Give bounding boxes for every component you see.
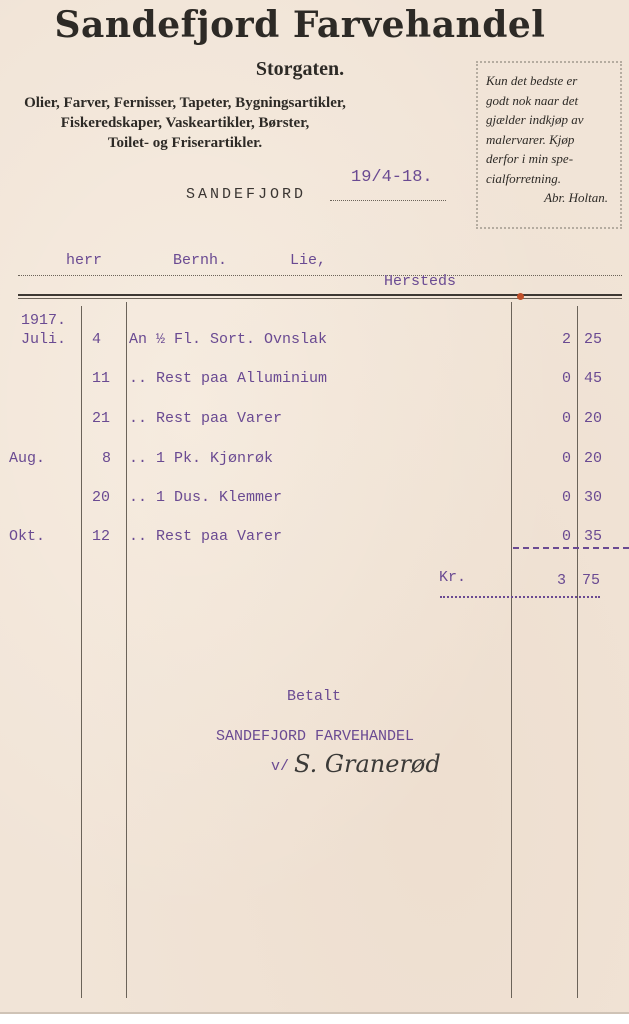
row-day: 4 <box>92 331 101 348</box>
signature-prefix: v/ <box>271 758 289 775</box>
row-month: Aug. <box>9 450 45 467</box>
row-description: .. Rest paa Alluminium <box>129 370 327 387</box>
column-divider-day <box>126 302 127 998</box>
column-divider-ore <box>577 306 578 998</box>
row-ore: 25 <box>584 331 602 348</box>
row-kroner: 2 <box>562 331 571 348</box>
row-day: 12 <box>92 528 110 545</box>
row-ore: 20 <box>584 410 602 427</box>
row-kroner: 0 <box>562 370 571 387</box>
invoice-date: 19/4-18. <box>351 168 433 187</box>
goods-line: Olier, Farver, Fernisser, Tapeter, Bygni… <box>0 94 370 113</box>
row-kroner: 0 <box>562 450 571 467</box>
row-description: .. Rest paa Varer <box>129 528 282 545</box>
row-day: 11 <box>92 370 110 387</box>
row-month: Okt. <box>9 528 45 545</box>
row-description: .. 1 Dus. Klemmer <box>129 489 282 506</box>
total-dotted-line <box>440 596 600 598</box>
ledger-year: 1917. <box>21 312 66 329</box>
row-kroner: 0 <box>562 528 571 545</box>
date-dotted-line <box>330 200 446 201</box>
row-ore: 35 <box>584 528 602 545</box>
handwritten-signature: S. Granerød <box>294 750 441 778</box>
total-ore: 75 <box>582 572 600 589</box>
rust-stain <box>517 293 524 300</box>
advertisement-box: Kun det bedste er godt nok naar det gjæl… <box>476 61 622 229</box>
subtotal-rule <box>513 547 629 549</box>
row-day: 8 <box>102 450 111 467</box>
column-divider-month <box>81 306 82 998</box>
recipient-dotted-line <box>18 275 622 276</box>
table-top-rule <box>18 294 622 296</box>
row-description: .. Rest paa Varer <box>129 410 282 427</box>
row-day: 21 <box>92 410 110 427</box>
goods-line: Toilet- og Friserartikler. <box>0 134 370 153</box>
recipient-salutation: herr <box>66 252 102 269</box>
recipient-first-name: Bernh. <box>173 252 227 269</box>
row-kroner: 0 <box>562 489 571 506</box>
company-name: Sandefjord Farvehandel <box>0 4 600 46</box>
total-label: Kr. <box>439 569 466 586</box>
company-stamp: SANDEFJORD FARVEHANDEL <box>216 728 414 745</box>
row-month: Juli. <box>21 331 66 348</box>
row-ore: 20 <box>584 450 602 467</box>
column-divider-kroner <box>511 302 512 998</box>
ad-line: cialforretning. <box>486 169 614 189</box>
row-ore: 30 <box>584 489 602 506</box>
paper-bottom-edge <box>0 1012 629 1014</box>
place-label: SANDEFJORD <box>186 186 306 203</box>
row-day: 20 <box>92 489 110 506</box>
row-kroner: 0 <box>562 410 571 427</box>
row-description: .. 1 Pk. Kjønrøk <box>129 450 273 467</box>
total-kroner: 3 <box>557 572 566 589</box>
paid-label: Betalt <box>287 688 341 705</box>
recipient-last-name: Lie, <box>290 252 326 269</box>
ad-line: Kun det bedste er <box>486 71 614 91</box>
invoice-paper: Sandefjord Farvehandel Storgaten. Olier,… <box>0 0 629 1014</box>
recipient-location: Hersteds <box>384 273 456 290</box>
ad-signature: Abr. Holtan. <box>486 188 614 208</box>
ad-line: malervarer. Kjøp <box>486 130 614 150</box>
ad-line: gjælder indkjøp av <box>486 110 614 130</box>
row-description: An ½ Fl. Sort. Ovnslak <box>129 331 327 348</box>
row-ore: 45 <box>584 370 602 387</box>
ad-line: godt nok naar det <box>486 91 614 111</box>
table-top-rule-thin <box>18 298 622 299</box>
goods-line: Fiskeredskaper, Vaskeartikler, Børster, <box>0 114 370 133</box>
ad-line: derfor i min spe- <box>486 149 614 169</box>
